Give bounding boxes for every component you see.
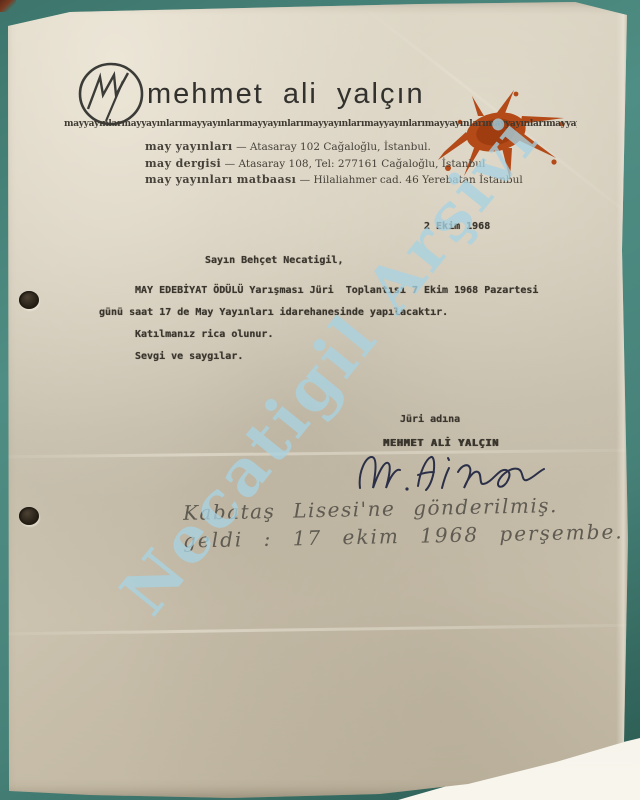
handwritten-note-line2: geldi : 17 ekim 1968 perşembe. [183, 519, 624, 552]
letterhead-tagline: mayyayınlarmayyayınlarımayyayınlarımayya… [64, 119, 577, 129]
address-row: may dergisi — Atasaray 108, Tel: 277161 … [145, 156, 523, 173]
address-label: may dergisi [145, 157, 221, 170]
body-line: Katılmanız rica olunur. [135, 329, 273, 340]
scan-corner-artifact [0, 0, 16, 12]
on-behalf-line: Jüri adına [400, 414, 460, 425]
punch-hole [19, 291, 39, 309]
salutation: Sayın Behçet Necatigil, [205, 255, 343, 266]
address-label: may yayınları matbaası [145, 173, 296, 186]
body-line: günü saat 17 de May Yayınları idarehanes… [99, 307, 448, 318]
letterhead-addresses: may yayınları — Atasaray 102 Cağaloğlu, … [145, 139, 523, 189]
address-row: may yayınları matbaası — Hilaliahmer cad… [145, 172, 523, 189]
letterhead-name: mehmet ali yalçın [147, 78, 425, 111]
punch-hole [19, 507, 39, 525]
body-line: MAY EDEBİYAT ÖDÜLÜ Yarışması Jüri Toplan… [135, 285, 538, 296]
address-detail: — Hilaliahmer cad. 46 Yerebatan İstanbul [300, 174, 523, 186]
paper-edge-fold [616, 0, 630, 800]
paper-crease [0, 624, 640, 636]
handwritten-note-line1: Kabataş Lisesi'ne gönderilmiş. [183, 493, 558, 525]
letter-date: 2 Ekim 1968 [424, 221, 490, 232]
address-label: may yayınları [145, 140, 233, 153]
scanned-letter-page: mehmet ali yalçın [0, 0, 640, 800]
body-line: Sevgi ve saygılar. [135, 351, 243, 362]
address-row: may yayınları — Atasaray 102 Cağaloğlu, … [145, 139, 523, 156]
letter-paper: mehmet ali yalçın [0, 0, 640, 800]
address-detail: — Atasaray 102 Cağaloğlu, İstanbul. [236, 141, 431, 153]
address-detail: — Atasaray 108, Tel: 277161 Cağaloğlu, İ… [225, 158, 486, 170]
